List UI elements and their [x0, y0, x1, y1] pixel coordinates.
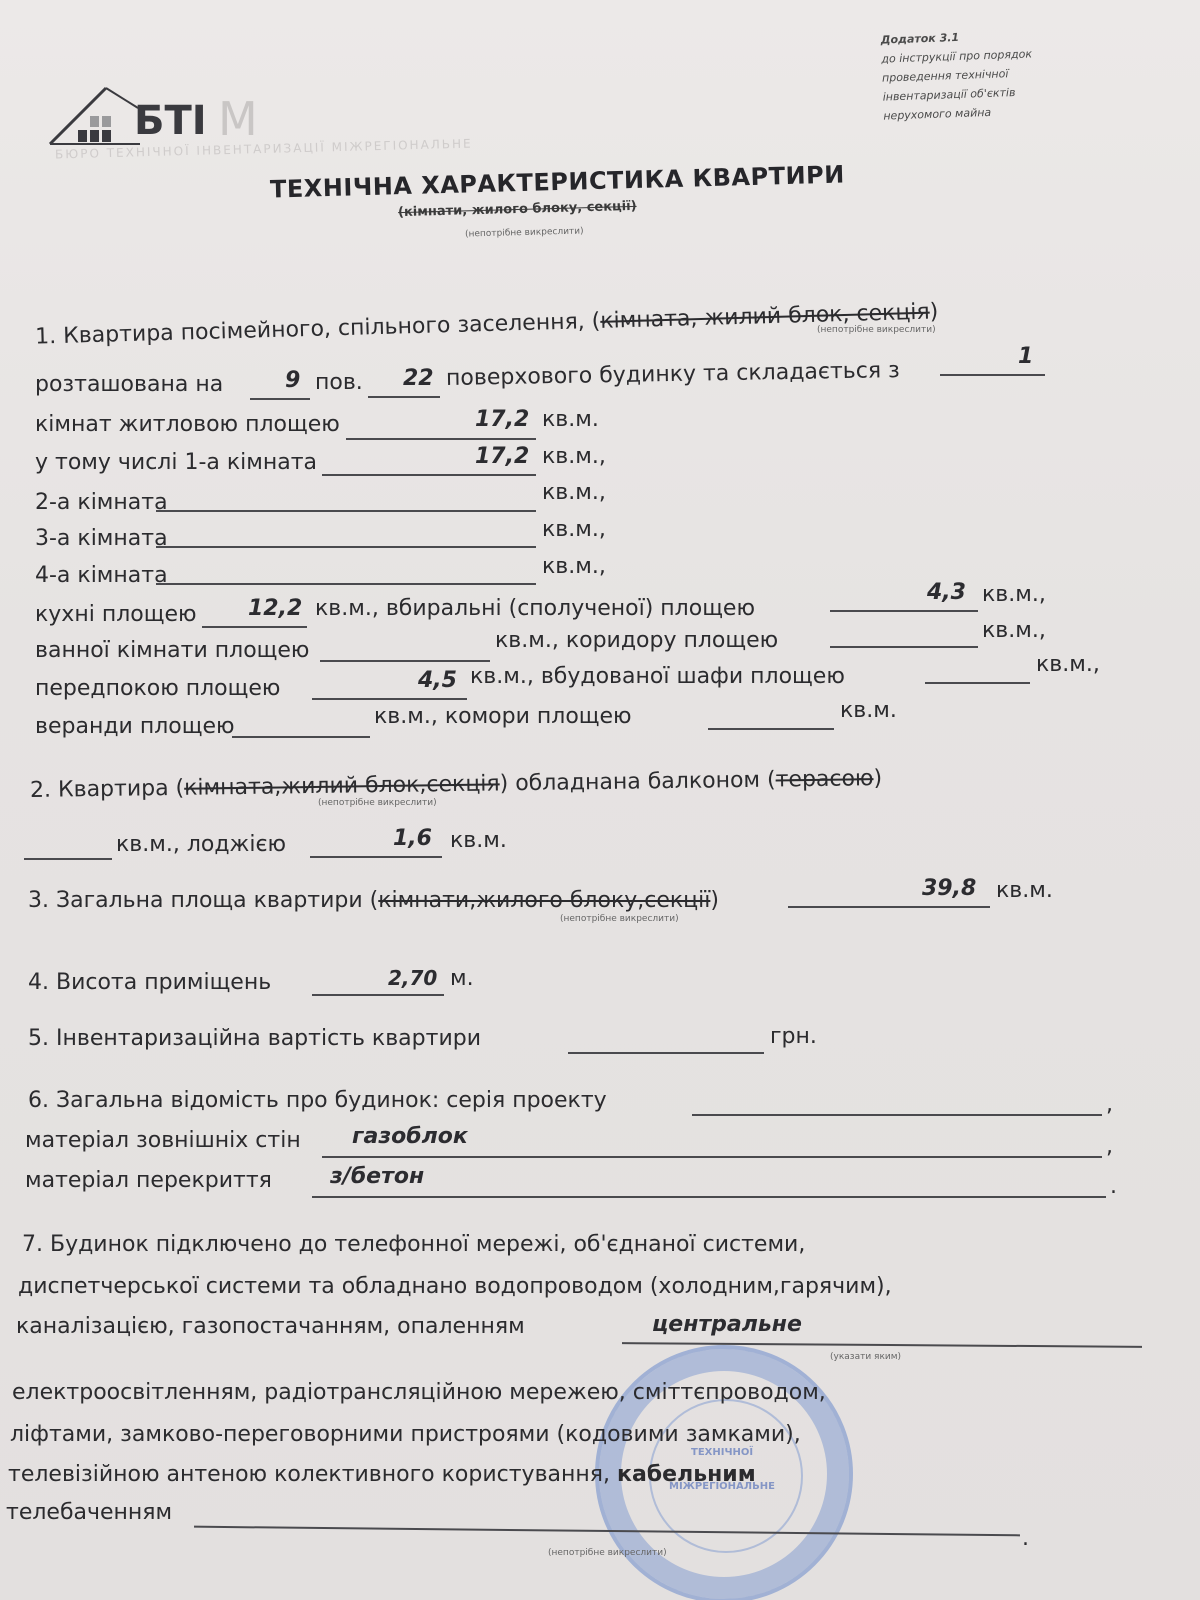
corridor-line[interactable] — [830, 646, 978, 648]
storage-label: кв.м., комори площею — [374, 704, 632, 729]
total-area-value[interactable]: 39,8 — [922, 876, 976, 901]
height-line — [312, 994, 444, 996]
section7-line3: каналізацією, газопостачанням, опаленням — [16, 1314, 525, 1339]
section7-line2: диспетчерської системи та обладнано водо… — [18, 1274, 892, 1299]
stamp-text: ТЕХНІЧНОЇ — [691, 1447, 753, 1458]
appendix-line: нерухомого майна — [883, 101, 1034, 125]
room2-line[interactable] — [156, 510, 536, 512]
section5-label: 5. Інвентаризаційна вартість квартири — [28, 1026, 481, 1051]
section3-heading: 3. Загальна площа квартири (кімнати,жило… — [28, 888, 719, 913]
document-page: Додаток 3.1 до інструкції про порядок пр… — [0, 0, 1200, 1600]
period: . — [1110, 1174, 1117, 1199]
living-area-line — [346, 438, 536, 440]
section3-note: (непотрібне викреслити) — [560, 914, 679, 924]
unit-label: кв.м., — [982, 582, 1046, 607]
floors-material-value[interactable]: з/бетон — [330, 1164, 424, 1189]
floors-material-line — [312, 1196, 1106, 1198]
unit-label: кв.м. — [840, 698, 897, 723]
currency-unit: грн. — [770, 1024, 817, 1049]
comma: , — [1106, 1134, 1113, 1159]
section7-line1: 7. Будинок підключено до телефонної мере… — [22, 1232, 805, 1257]
walls-value[interactable]: газоблок — [352, 1124, 468, 1149]
floors-total-line — [368, 396, 440, 398]
walls-line — [322, 1156, 1102, 1158]
section7-line5: ліфтами, замково-переговорними пристроям… — [10, 1422, 801, 1447]
document-subtitle: (кімнати, жилого блоку, секції) — [398, 199, 637, 220]
building-text: поверхового будинку та складається з — [446, 358, 900, 391]
unit-label: кв.м., — [542, 444, 606, 469]
loggia-label: кв.м., лоджією — [116, 832, 286, 857]
storage-line[interactable] — [708, 728, 834, 730]
room3-label: 3-а кімната — [35, 526, 168, 551]
section1-note: (непотрібне викреслити) — [817, 325, 936, 335]
closet-label: кв.м., вбудованої шафи площею — [470, 664, 845, 689]
bathroom-combined-label: кв.м., вбиральні (сполученої) площею — [315, 596, 755, 621]
kitchen-line — [202, 626, 307, 628]
unit-label: кв.м. — [996, 878, 1053, 903]
floor-unit: пов. — [315, 370, 363, 395]
comma: , — [1106, 1092, 1113, 1117]
unit-label: кв.м. — [450, 828, 507, 853]
heating-note: (указати яким) — [830, 1352, 901, 1362]
kitchen-label: кухні площею — [35, 602, 197, 627]
room1-value[interactable]: 17,2 — [475, 444, 529, 469]
section7-note: (непотрібне викреслити) — [548, 1548, 667, 1558]
section7-line7: телебаченням — [6, 1500, 172, 1525]
unit-label: кв.м., — [542, 517, 606, 542]
series-line[interactable] — [692, 1114, 1102, 1116]
floor-value[interactable]: 9 — [285, 368, 300, 393]
room4-line[interactable] — [156, 583, 536, 585]
floor-field-line — [250, 398, 310, 400]
appendix-note: Додаток 3.1 до інструкції про порядок пр… — [880, 25, 1034, 125]
subtitle-note: (непотрібне викреслити) — [465, 226, 584, 239]
hallway-label: передпокою площею — [35, 676, 280, 701]
bathroom-combined-line — [830, 610, 978, 612]
section4-label: 4. Висота приміщень — [28, 970, 271, 995]
unit-label: кв.м. — [542, 407, 599, 432]
room2-label: 2-а кімната — [35, 490, 168, 515]
veranda-label: веранди площею — [35, 714, 235, 739]
section7-line6: телевізійною антеною колективного корист… — [8, 1462, 756, 1487]
inventory-value-line[interactable] — [568, 1052, 764, 1054]
period: . — [1022, 1526, 1029, 1551]
walls-label: матеріал зовнішніх стін — [25, 1128, 301, 1153]
unit-label: кв.м., — [982, 618, 1046, 643]
hallway-value[interactable]: 4,5 — [418, 668, 457, 693]
struck-text: терасою — [775, 766, 873, 792]
rooms-count-line — [940, 374, 1045, 376]
bathroom-combined-value[interactable]: 4,3 — [927, 580, 966, 605]
loggia-line — [310, 856, 442, 858]
bath-label: ванної кімнати площею — [35, 638, 309, 663]
unit-label: кв.м., — [1036, 652, 1100, 677]
closet-line[interactable] — [925, 682, 1030, 684]
unit-label: кв.м., — [542, 554, 606, 579]
section7-line4: електроосвітленням, радіотрансляційною м… — [12, 1380, 826, 1405]
logo-suffix: М — [218, 92, 258, 146]
logo-text: БТІ — [134, 98, 207, 144]
hallway-line — [312, 698, 467, 700]
loggia-value[interactable]: 1,6 — [393, 826, 432, 851]
house-roof-icon — [48, 86, 140, 148]
document-title: ТЕХНІЧНА ХАРАКТЕРИСТИКА КВАРТИРИ — [270, 160, 845, 203]
section6-label: 6. Загальна відомість про будинок: серія… — [28, 1088, 607, 1113]
floors-total-value[interactable]: 22 — [403, 366, 434, 391]
section2-heading: 2. Квартира (кімната,жилий блок,секція) … — [30, 766, 882, 803]
bath-line[interactable] — [320, 660, 490, 662]
balcony-line[interactable] — [24, 858, 112, 860]
heating-value[interactable]: центральне — [652, 1312, 802, 1337]
section1-heading: 1. Квартира посімейного, спільного засел… — [35, 299, 939, 349]
room1-line — [322, 474, 536, 476]
section2-note: (непотрібне викреслити) — [318, 798, 437, 808]
height-unit: м. — [450, 966, 474, 991]
rooms-count-value[interactable]: 1 — [1018, 344, 1033, 369]
corridor-label: кв.м., коридору площею — [495, 628, 778, 653]
located-label: розташована на — [35, 372, 223, 397]
living-area-value[interactable]: 17,2 — [475, 407, 529, 432]
room4-label: 4-а кімната — [35, 563, 168, 588]
room1-label: у тому числі 1-а кімната — [35, 450, 317, 475]
floors-material-label: матеріал перекриття — [25, 1168, 272, 1193]
unit-label: кв.м., — [542, 480, 606, 505]
living-area-label: кімнат житловою площею — [35, 412, 340, 437]
height-value[interactable]: 2,70 — [388, 966, 437, 990]
total-area-line — [788, 906, 990, 908]
kitchen-value[interactable]: 12,2 — [248, 596, 302, 621]
struck-text: кімната,жилий блок,секція — [184, 771, 500, 800]
room3-line[interactable] — [156, 546, 536, 548]
struck-text: кімнати,жилого блоку,секції — [378, 888, 710, 913]
veranda-line[interactable] — [232, 736, 370, 738]
